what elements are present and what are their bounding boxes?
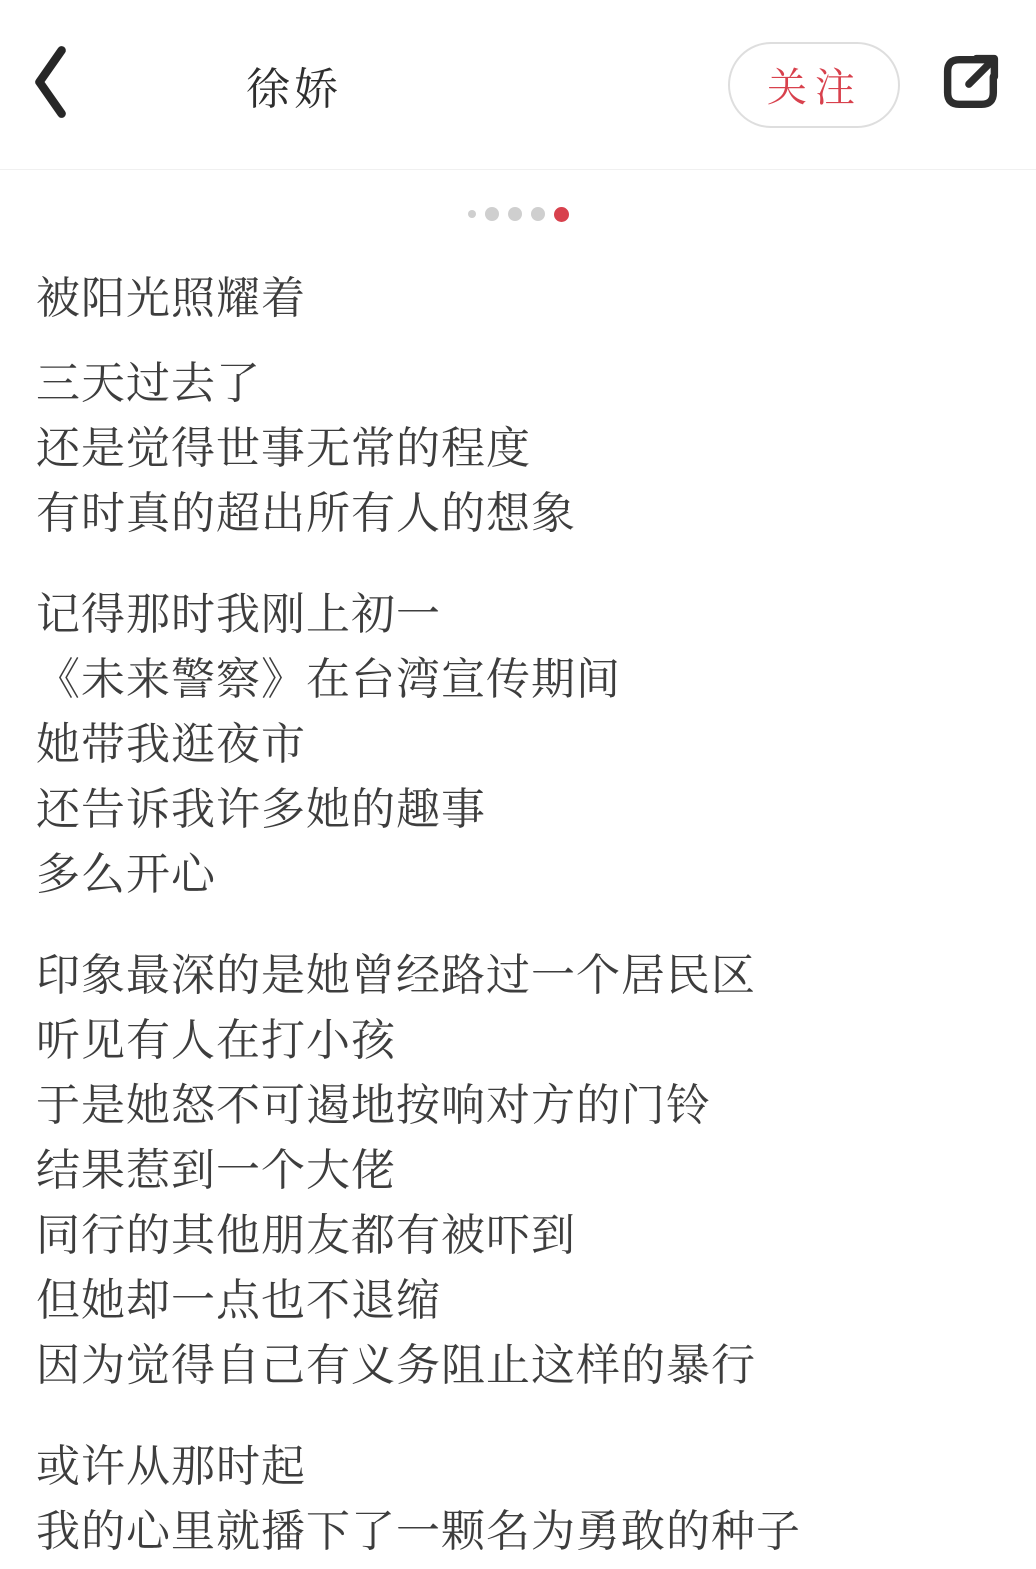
paragraph: 印象最深的是她曾经路过一个居民区听见有人在打小孩于是她怒不可遏地按响对方的门铃结…	[36, 943, 1000, 1398]
carousel-dot	[485, 207, 499, 221]
text-line: 记得那时我刚上初一	[36, 582, 1000, 647]
text-line: 或许从那时起	[36, 1434, 1000, 1499]
paragraph: 记得那时我刚上初一《未来警察》在台湾宣传期间她带我逛夜市还告诉我许多她的趣事多么…	[36, 582, 1000, 907]
carousel-dot	[468, 210, 476, 218]
post-image-carousel[interactable]: 被阳光照耀着三天过去了还是觉得世事无常的程度有时真的超出所有人的想象记得那时我刚…	[0, 222, 1036, 1564]
header: 徐娇 关注	[0, 0, 1036, 170]
text-line: 我的心里就播下了一颗名为勇敢的种子	[36, 1499, 1000, 1564]
text-line: 同行的其他朋友都有被吓到	[36, 1203, 1000, 1268]
text-line: 还告诉我许多她的趣事	[36, 777, 1000, 842]
carousel-dot	[531, 207, 545, 221]
text-line: 被阳光照耀着	[36, 266, 1000, 331]
text-line: 印象最深的是她曾经路过一个居民区	[36, 943, 1000, 1008]
share-icon	[937, 48, 1005, 121]
share-button[interactable]	[936, 50, 1006, 120]
text-line: 还是觉得世事无常的程度	[36, 416, 1000, 481]
follow-button[interactable]: 关注	[728, 42, 900, 128]
carousel-dot	[508, 207, 522, 221]
user-avatar[interactable]	[108, 35, 208, 135]
text-line: 于是她怒不可遏地按响对方的门铃	[36, 1073, 1000, 1138]
text-line: 因为觉得自己有义务阻止这样的暴行	[36, 1333, 1000, 1398]
post-detail-screen: 徐娇 关注 被阳光照耀着三天过去了还是觉得世事无常的程度有时真的超出所有人的想象…	[0, 0, 1036, 1564]
text-line: 但她却一点也不退缩	[36, 1268, 1000, 1333]
text-line: 她带我逛夜市	[36, 712, 1000, 777]
chevron-left-icon	[30, 44, 70, 125]
text-line: 多么开心	[36, 842, 1000, 907]
paragraph: 或许从那时起我的心里就播下了一颗名为勇敢的种子	[36, 1434, 1000, 1564]
text-line: 听见有人在打小孩	[36, 1008, 1000, 1073]
post-title: 被阳光照耀着	[36, 266, 1000, 331]
text-line: 结果惹到一个大佬	[36, 1138, 1000, 1203]
text-line: 有时真的超出所有人的想象	[36, 481, 1000, 546]
paragraph: 三天过去了还是觉得世事无常的程度有时真的超出所有人的想象	[36, 351, 1000, 546]
back-button[interactable]	[30, 40, 86, 130]
carousel-dot-active	[554, 207, 569, 222]
text-line: 三天过去了	[36, 351, 1000, 416]
text-line: 《未来警察》在台湾宣传期间	[36, 647, 1000, 712]
user-name[interactable]: 徐娇	[246, 53, 342, 117]
carousel-dots	[0, 206, 1036, 222]
